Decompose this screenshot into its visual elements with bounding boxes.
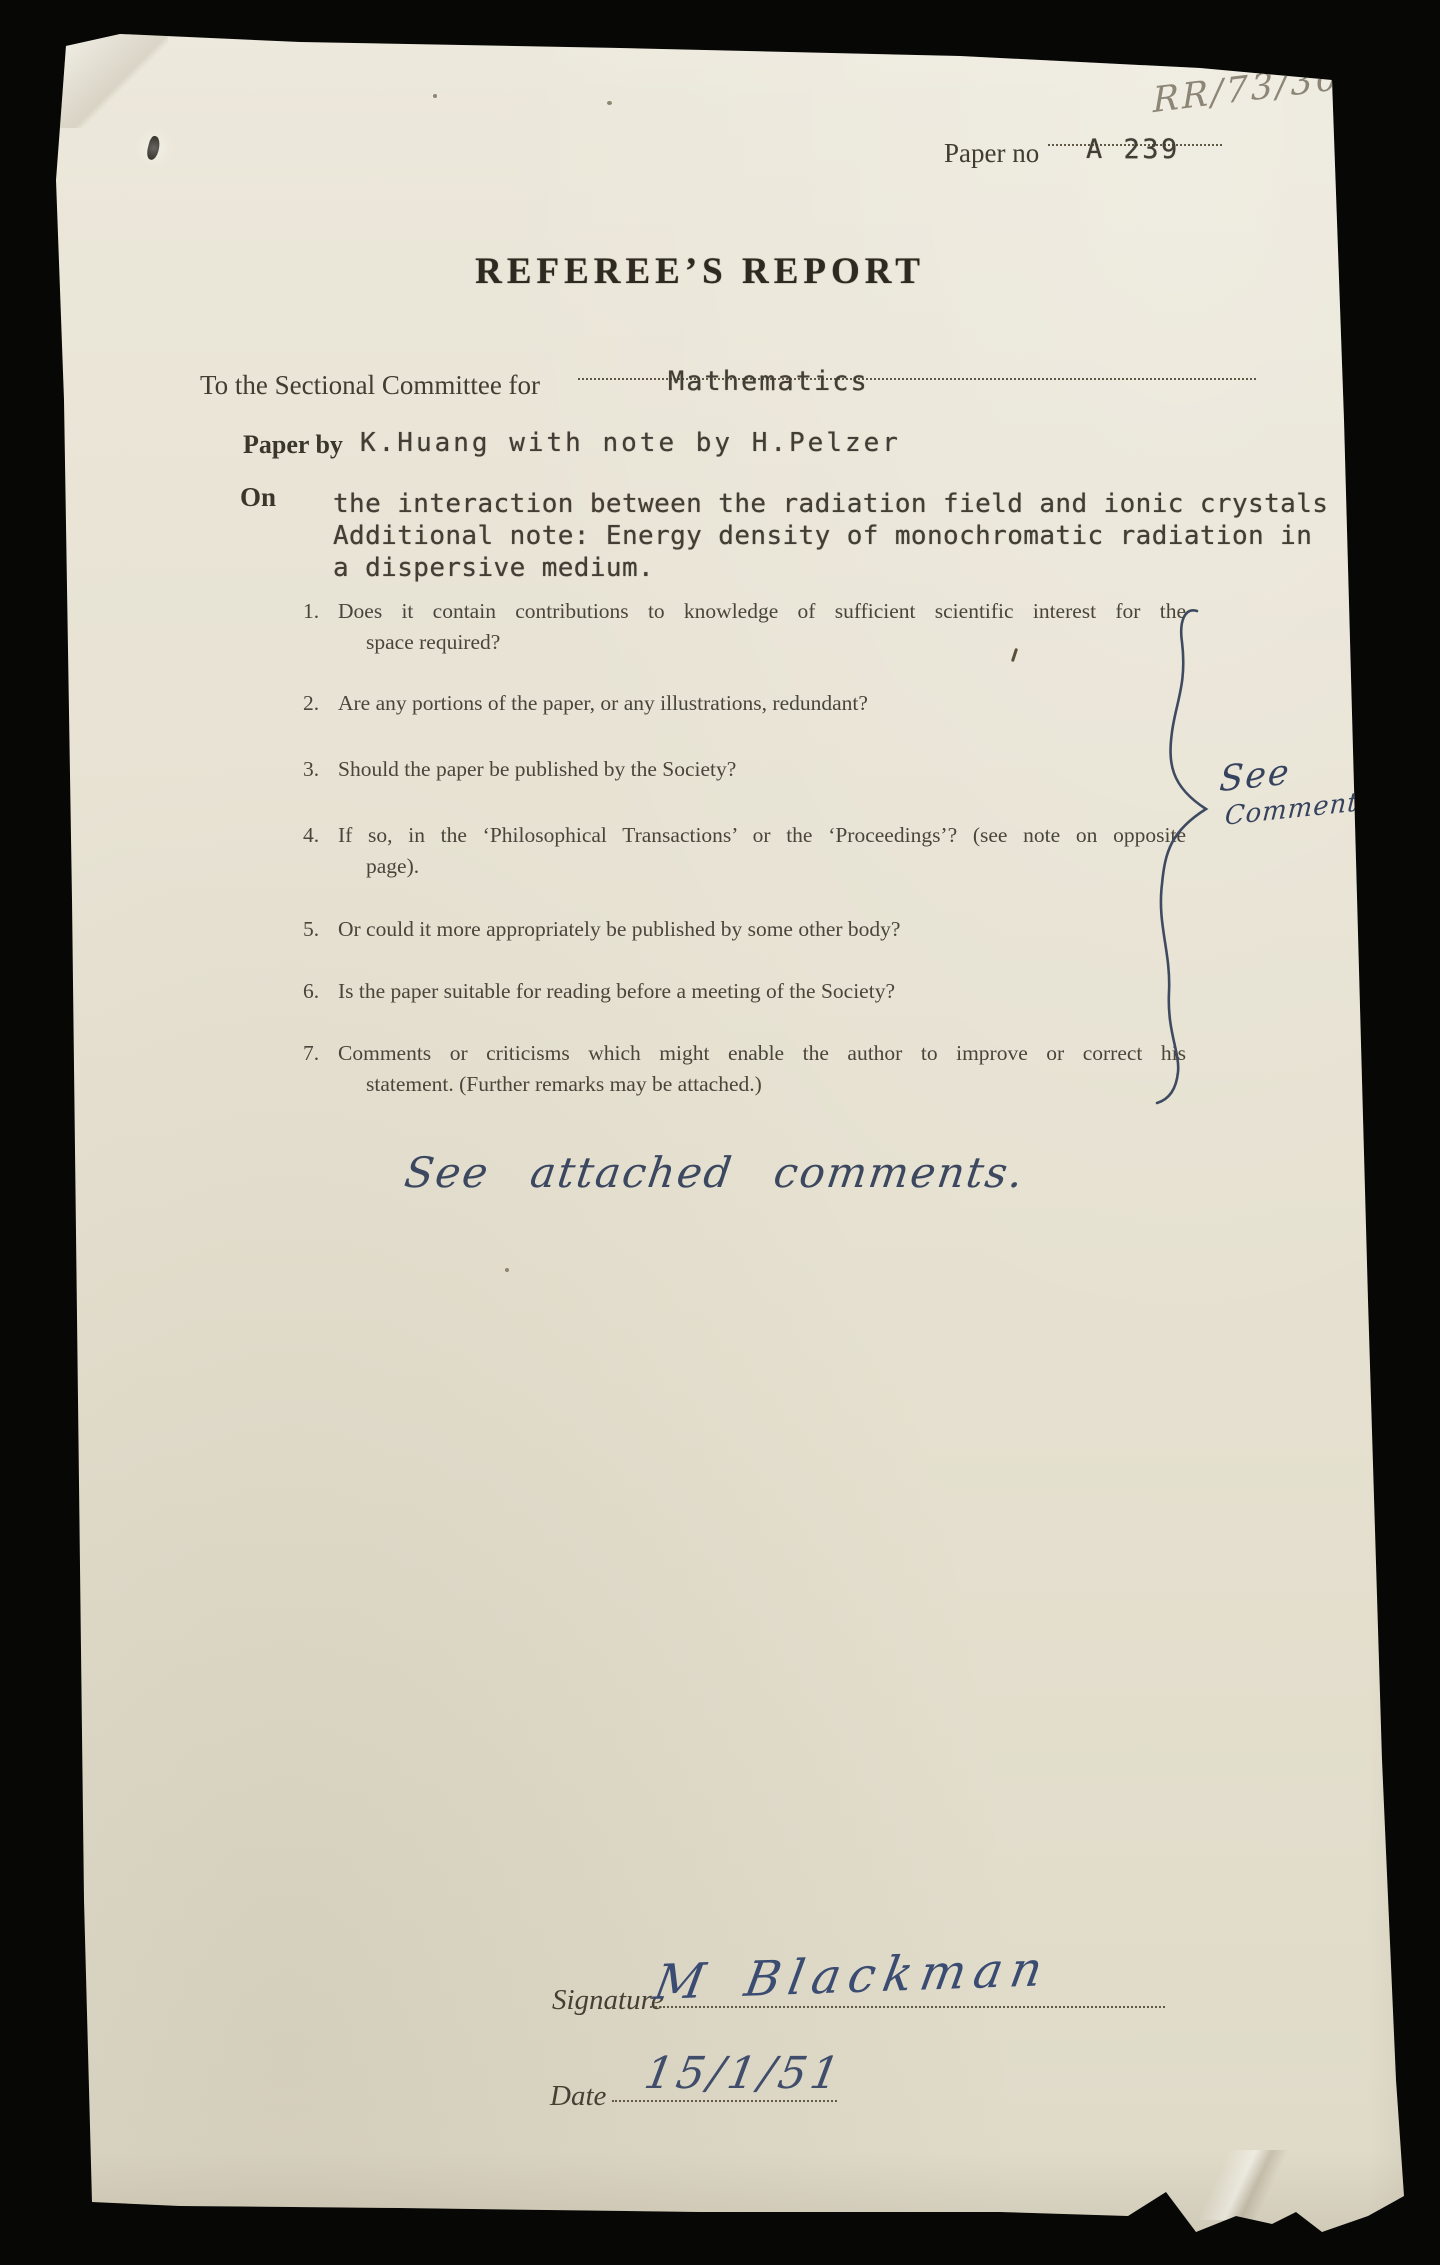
question-text: Are any portions of the paper, or any il…	[338, 688, 1186, 719]
scanned-document: RR/73/300 Paper no A 239 REFEREE’S REPOR…	[0, 0, 1440, 2265]
question-number: 2.	[303, 688, 338, 719]
question-1: 1.Does it contain contributions to knowl…	[303, 596, 1186, 658]
question-text: If so, in the ‘Philosophical Transaction…	[338, 820, 1186, 882]
question-number: 3.	[303, 754, 338, 785]
question-2: 2.Are any portions of the paper, or any …	[303, 688, 1186, 719]
date-handwriting: 15/1/51	[641, 2048, 848, 2099]
question-line: If so, in the ‘Philosophical Transaction…	[338, 820, 1186, 851]
question-line: Should the paper be published by the Soc…	[338, 754, 1186, 785]
question-number: 4.	[303, 820, 338, 882]
question-line: page).	[338, 851, 1186, 882]
question-line: space required?	[338, 627, 1186, 658]
question-line: Comments or criticisms which might enabl…	[338, 1038, 1186, 1069]
question-number: 5.	[303, 914, 338, 945]
signature-label: Signature	[552, 1984, 664, 2017]
question-text: Should the paper be published by the Soc…	[338, 754, 1186, 785]
question-4: 4.If so, in the ‘Philosophical Transacti…	[303, 820, 1186, 882]
question-line: statement. (Further remarks may be attac…	[338, 1069, 1186, 1100]
question-text: Is the paper suitable for reading before…	[338, 976, 1186, 1007]
question-5: 5.Or could it more appropriately be publ…	[303, 914, 1186, 945]
question-line: Is the paper suitable for reading before…	[338, 976, 1186, 1007]
questions-list: 1.Does it contain contributions to knowl…	[0, 0, 1440, 2265]
question-text: Comments or criticisms which might enabl…	[338, 1038, 1186, 1100]
question-6: 6.Is the paper suitable for reading befo…	[303, 976, 1186, 1007]
question-number: 7.	[303, 1038, 338, 1100]
date-dotted-line	[612, 2100, 837, 2102]
question-7: 7.Comments or criticisms which might ena…	[303, 1038, 1186, 1100]
question-line: Does it contain contributions to knowled…	[338, 596, 1186, 627]
question-number: 1.	[303, 596, 338, 658]
question-text: Or could it more appropriately be publis…	[338, 914, 1186, 945]
attached-comments-note: See attached comments.	[402, 1148, 1028, 1197]
date-label: Date	[550, 2080, 606, 2113]
paper-sheet: RR/73/300 Paper no A 239 REFEREE’S REPOR…	[0, 0, 1440, 2265]
question-line: Or could it more appropriately be publis…	[338, 914, 1186, 945]
question-number: 6.	[303, 976, 338, 1007]
question-3: 3.Should the paper be published by the S…	[303, 754, 1186, 785]
question-text: Does it contain contributions to knowled…	[338, 596, 1186, 658]
question-line: Are any portions of the paper, or any il…	[338, 688, 1186, 719]
